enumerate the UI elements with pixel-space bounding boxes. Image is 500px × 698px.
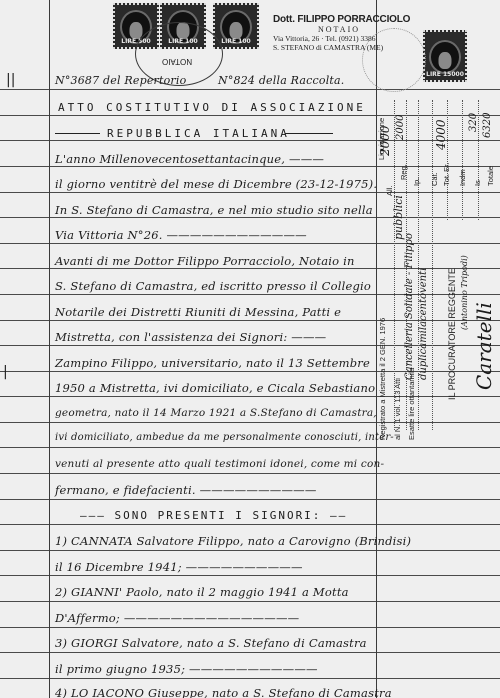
margin-mark: ||: [6, 72, 15, 88]
party-line: il 16 Dicembre 1941; ——————————: [55, 560, 303, 574]
value-tot-er: 4000: [434, 119, 448, 150]
party-line: 3) GIORGI Salvatore, nato a S. Stefano d…: [55, 636, 367, 650]
signer-name: (Antonino Tripodi): [460, 255, 469, 330]
label-cat: Cat.: [430, 172, 439, 186]
body-line: ivi domiciliato, ambedue da me personalm…: [55, 432, 394, 443]
signature: Caratelli: [472, 302, 496, 390]
registration-line: al N. 1 vol. 113 Atti: [393, 378, 402, 440]
party-line: D'Affermo; ———————————————: [55, 611, 299, 625]
body-line: In S. Stefano di Camastra, e nel mio stu…: [55, 203, 373, 217]
margin-mark: |: [3, 364, 8, 380]
body-line: L'anno Millenovecentosettantacinque, ———: [55, 152, 324, 166]
repertorio-number: N°3687 del Repertorio: [55, 74, 186, 87]
deed-title: ATTO COSTITUTIVO DI ASSOCIAZIONE: [58, 101, 366, 114]
registration-line: Registrato a Mistretta il 2 GEN. 1976: [378, 318, 387, 440]
raccolta-number: N°824 della Raccolta.: [218, 74, 345, 87]
label-is: Is: [473, 180, 482, 186]
value-all: 2000: [395, 115, 406, 140]
signer-title: IL PROCURATORE REGGENTE: [447, 268, 457, 400]
body-line: Notarile dei Distretti Riuniti di Messin…: [55, 305, 341, 319]
party-line: 1) CANNATA Salvatore Filippo, nato a Car…: [55, 534, 411, 548]
left-margin-line: [49, 0, 50, 698]
label-ip: Ip.: [412, 178, 421, 186]
handwritten-esatte: Cancelleria Solidale - Filippo: [404, 233, 415, 380]
value-reg: 2000: [378, 125, 392, 156]
handwritten-esatte: duplicamilacentoventi: [418, 268, 429, 380]
revenue-stamp: LIRE 15000: [423, 30, 467, 82]
body-line: geometra, nato il 14 Marzo 1921 a S.Stef…: [55, 407, 377, 419]
letterhead: Dott. FILIPPO PORRACCIOLO NOTAIO Via Vit…: [273, 14, 413, 52]
notary-title: NOTAIO: [318, 25, 413, 34]
value-is: 320: [468, 113, 479, 132]
body-line: fermano, e fidefacienti. ——————————: [55, 483, 317, 497]
body-line: 1950 a Mistretta, ivi domiciliato, e Cic…: [55, 381, 375, 395]
party-line: il primo giugno 1935; ———————————: [55, 662, 318, 676]
value-totale: 6320: [482, 113, 493, 138]
body-line: Zampino Filippo, universitario, nato il …: [55, 356, 370, 370]
body-line: S. Stefano di Camastra, ed iscritto pres…: [55, 279, 371, 293]
body-line: Via Vittoria N°26. ————————————: [55, 228, 307, 242]
right-margin-line: [376, 0, 377, 698]
label-reg: Reg.: [399, 164, 408, 180]
notary-name: Dott. FILIPPO PORRACCIOLO: [273, 14, 413, 25]
party-line: 4) LO IACONO Giuseppe, nato a S. Stefano…: [55, 686, 392, 698]
portrait-icon: [429, 40, 461, 74]
label-totale: Totale: [486, 166, 495, 186]
section-heading: ——— SONO PRESENTI I SIGNORI: ——: [80, 509, 347, 522]
notarial-deed-page: || | LIRE 500 LIRE 100 LIRE 100 LIRE 150…: [0, 0, 500, 698]
body-line: Mistretta, con l'assistenza dei Signori:…: [55, 330, 326, 344]
label-indm: Indm: [458, 169, 467, 186]
body-line: venuti al presente atto quali testimoni …: [55, 458, 384, 470]
notary-address: Via Vittoria, 26 · Tel. (0921) 3386: [273, 34, 413, 43]
deed-subtitle: REPUBBLICA ITALIANA: [107, 127, 290, 140]
notary-city: S. STEFANO di CAMASTRA (ME): [273, 43, 413, 52]
party-line: 2) GIANNI' Paolo, nato il 2 maggio 1941 …: [55, 585, 349, 599]
body-line: il giorno ventitrè del mese di Dicembre …: [55, 177, 377, 191]
body-line: Avanti di me Dottor Filippo Porracciolo,…: [55, 254, 355, 268]
label-tot-er: Tot. Er.: [442, 163, 451, 186]
